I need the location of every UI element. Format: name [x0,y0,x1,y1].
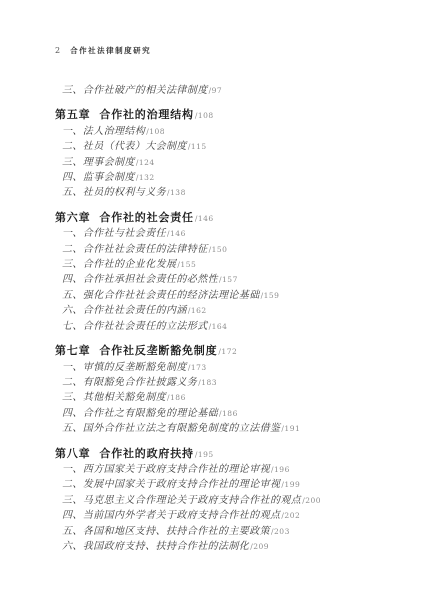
toc-item-label: 一、审慎的反垄断豁免制度 [62,362,187,373]
toc-item-page: /202 [281,511,300,520]
chapter-page: /146 [195,214,214,223]
toc-item-page: /173 [188,363,207,372]
toc-chapter-heading: 第七章合作社反垄断豁免制度/172 [55,344,395,359]
toc-item-page: /209 [250,542,269,551]
toc-item-label: 四、监事会制度 [62,172,135,183]
toc-item-label: 一、西方国家关于政府支持合作社的理论审视 [62,464,270,475]
toc-item: 三、理事会制度/124 [55,155,395,170]
toc-item-label: 三、理事会制度 [62,157,135,168]
toc-item: 一、西方国家关于政府支持合作社的理论审视/196 [55,462,395,477]
toc-item: 四、合作社之有限豁免的理论基础/186 [55,406,395,421]
toc-item-page: /108 [146,127,165,136]
toc-item: 一、合作社与社会责任/146 [55,226,395,241]
chapter-title: 合作社反垄断豁免制度 [99,345,217,357]
toc-item-page: /186 [167,393,186,402]
toc-item: 三、其他相关豁免制度/186 [55,390,395,405]
toc-item-page: /162 [188,306,207,315]
toc-item-label: 二、社员（代表）大会制度 [62,141,187,152]
chapter-number: 第八章 [55,448,90,460]
toc-item-label: 四、当前国内外学者关于政府支持合作社的观点 [62,510,280,521]
toc-item: 二、发展中国家关于政府支持合作社的理论审视/199 [55,477,395,492]
book-title: 合作社法律制度研究 [70,46,151,56]
toc-item-page: /191 [281,424,300,433]
chapter-number: 第七章 [55,345,90,357]
chapter-page: /172 [218,347,237,356]
chapter-number: 第六章 [55,212,90,224]
toc-item: 四、合作社承担社会责任的必然性/157 [55,272,395,287]
toc-item: 四、当前国内外学者关于政府支持合作社的观点/202 [55,508,395,523]
toc-item-label: 五、国外合作社立法之有限豁免制度的立法借鉴 [62,423,280,434]
toc-item-page: /157 [219,275,238,284]
toc-item-page: /159 [261,291,280,300]
toc-item-page: /155 [177,260,196,269]
toc-item: 一、审慎的反垄断豁免制度/173 [55,360,395,375]
toc-item: 五、国外合作社立法之有限豁免制度的立法借鉴/191 [55,421,395,436]
toc-item: 二、合作社社会责任的法律特征/150 [55,242,395,257]
toc-item-label: 四、合作社承担社会责任的必然性 [62,274,218,285]
toc-item-label: 三、合作社破产的相关法律制度 [62,85,208,96]
toc-item-page: /199 [281,480,300,489]
toc-chapter-heading: 第六章合作社的社会责任/146 [55,211,395,226]
chapter-title: 合作社的社会责任 [99,212,193,224]
toc-item-label: 四、合作社之有限豁免的理论基础 [62,408,218,419]
toc-item-label: 二、合作社社会责任的法律特征 [62,244,208,255]
toc-item-label: 六、合作社社会责任的内涵 [62,305,187,316]
toc-item-label: 二、有限豁免合作社披露义务 [62,377,197,388]
toc-item: 三、马克思主义合作理论关于政府支持合作社的观点/200 [55,493,395,508]
toc-item-page: /97 [209,86,223,95]
toc-item-page: /183 [198,378,217,387]
toc-item: 二、有限豁免合作社披露义务/183 [55,375,395,390]
toc-item-label: 一、合作社与社会责任 [62,228,166,239]
toc-chapter-heading: 第五章合作社的治理结构/108 [55,108,395,123]
toc-item: 三、合作社破产的相关法律制度/97 [55,83,395,98]
toc-item: 六、我国政府支持、扶持合作社的法制化/209 [55,539,395,554]
toc-item-label: 一、法人治理结构 [62,126,145,137]
toc-item-label: 三、合作社的企业化发展 [62,259,176,270]
toc-item-page: /146 [167,229,186,238]
toc-item: 四、监事会制度/132 [55,170,395,185]
toc-item: 二、社员（代表）大会制度/115 [55,139,395,154]
toc-item-label: 五、社员的权利与义务 [62,187,166,198]
toc-item-page: /138 [167,188,186,197]
toc-item: 五、各国和地区支持、扶持合作社的主要政策/203 [55,524,395,539]
toc-item: 五、社员的权利与义务/138 [55,185,395,200]
toc-item-label: 五、强化合作社社会责任的经济法理论基础 [62,290,260,301]
toc-item: 一、法人治理结构/108 [55,124,395,139]
toc-item-page: /186 [219,409,238,418]
toc-item: 七、合作社社会责任的立法形式/164 [55,319,395,334]
toc-item: 六、合作社社会责任的内涵/162 [55,303,395,318]
toc-item-label: 三、其他相关豁免制度 [62,392,166,403]
page-number: 2 [55,46,60,56]
toc-item-page: /115 [188,142,207,151]
toc-item-label: 二、发展中国家关于政府支持合作社的理论审视 [62,479,280,490]
toc-item: 五、强化合作社社会责任的经济法理论基础/159 [55,288,395,303]
toc-item-page: /203 [271,527,290,536]
chapter-page: /195 [195,450,214,459]
toc-item: 三、合作社的企业化发展/155 [55,257,395,272]
toc-item-page: /124 [136,158,155,167]
toc-item-page: /200 [302,496,321,505]
chapter-number: 第五章 [55,109,90,121]
chapter-page: /108 [195,111,214,120]
toc-item-page: /196 [271,465,290,474]
toc-item-page: /164 [209,322,228,331]
toc-item-label: 五、各国和地区支持、扶持合作社的主要政策 [62,526,270,537]
toc-item-page: /132 [136,173,155,182]
toc-chapter-heading: 第八章合作社的政府扶持/195 [55,447,395,462]
toc-item-label: 七、合作社社会责任的立法形式 [62,321,208,332]
book-page: 2 合作社法律制度研究 三、合作社破产的相关法律制度/97 第五章合作社的治理结… [0,0,425,616]
toc-item-label: 三、马克思主义合作理论关于政府支持合作社的观点 [62,495,301,506]
chapter-title: 合作社的政府扶持 [99,448,193,460]
toc-item-label: 六、我国政府支持、扶持合作社的法制化 [62,541,249,552]
toc-item-page: /150 [209,245,228,254]
running-header: 2 合作社法律制度研究 [55,46,395,56]
chapter-title: 合作社的治理结构 [99,109,193,121]
